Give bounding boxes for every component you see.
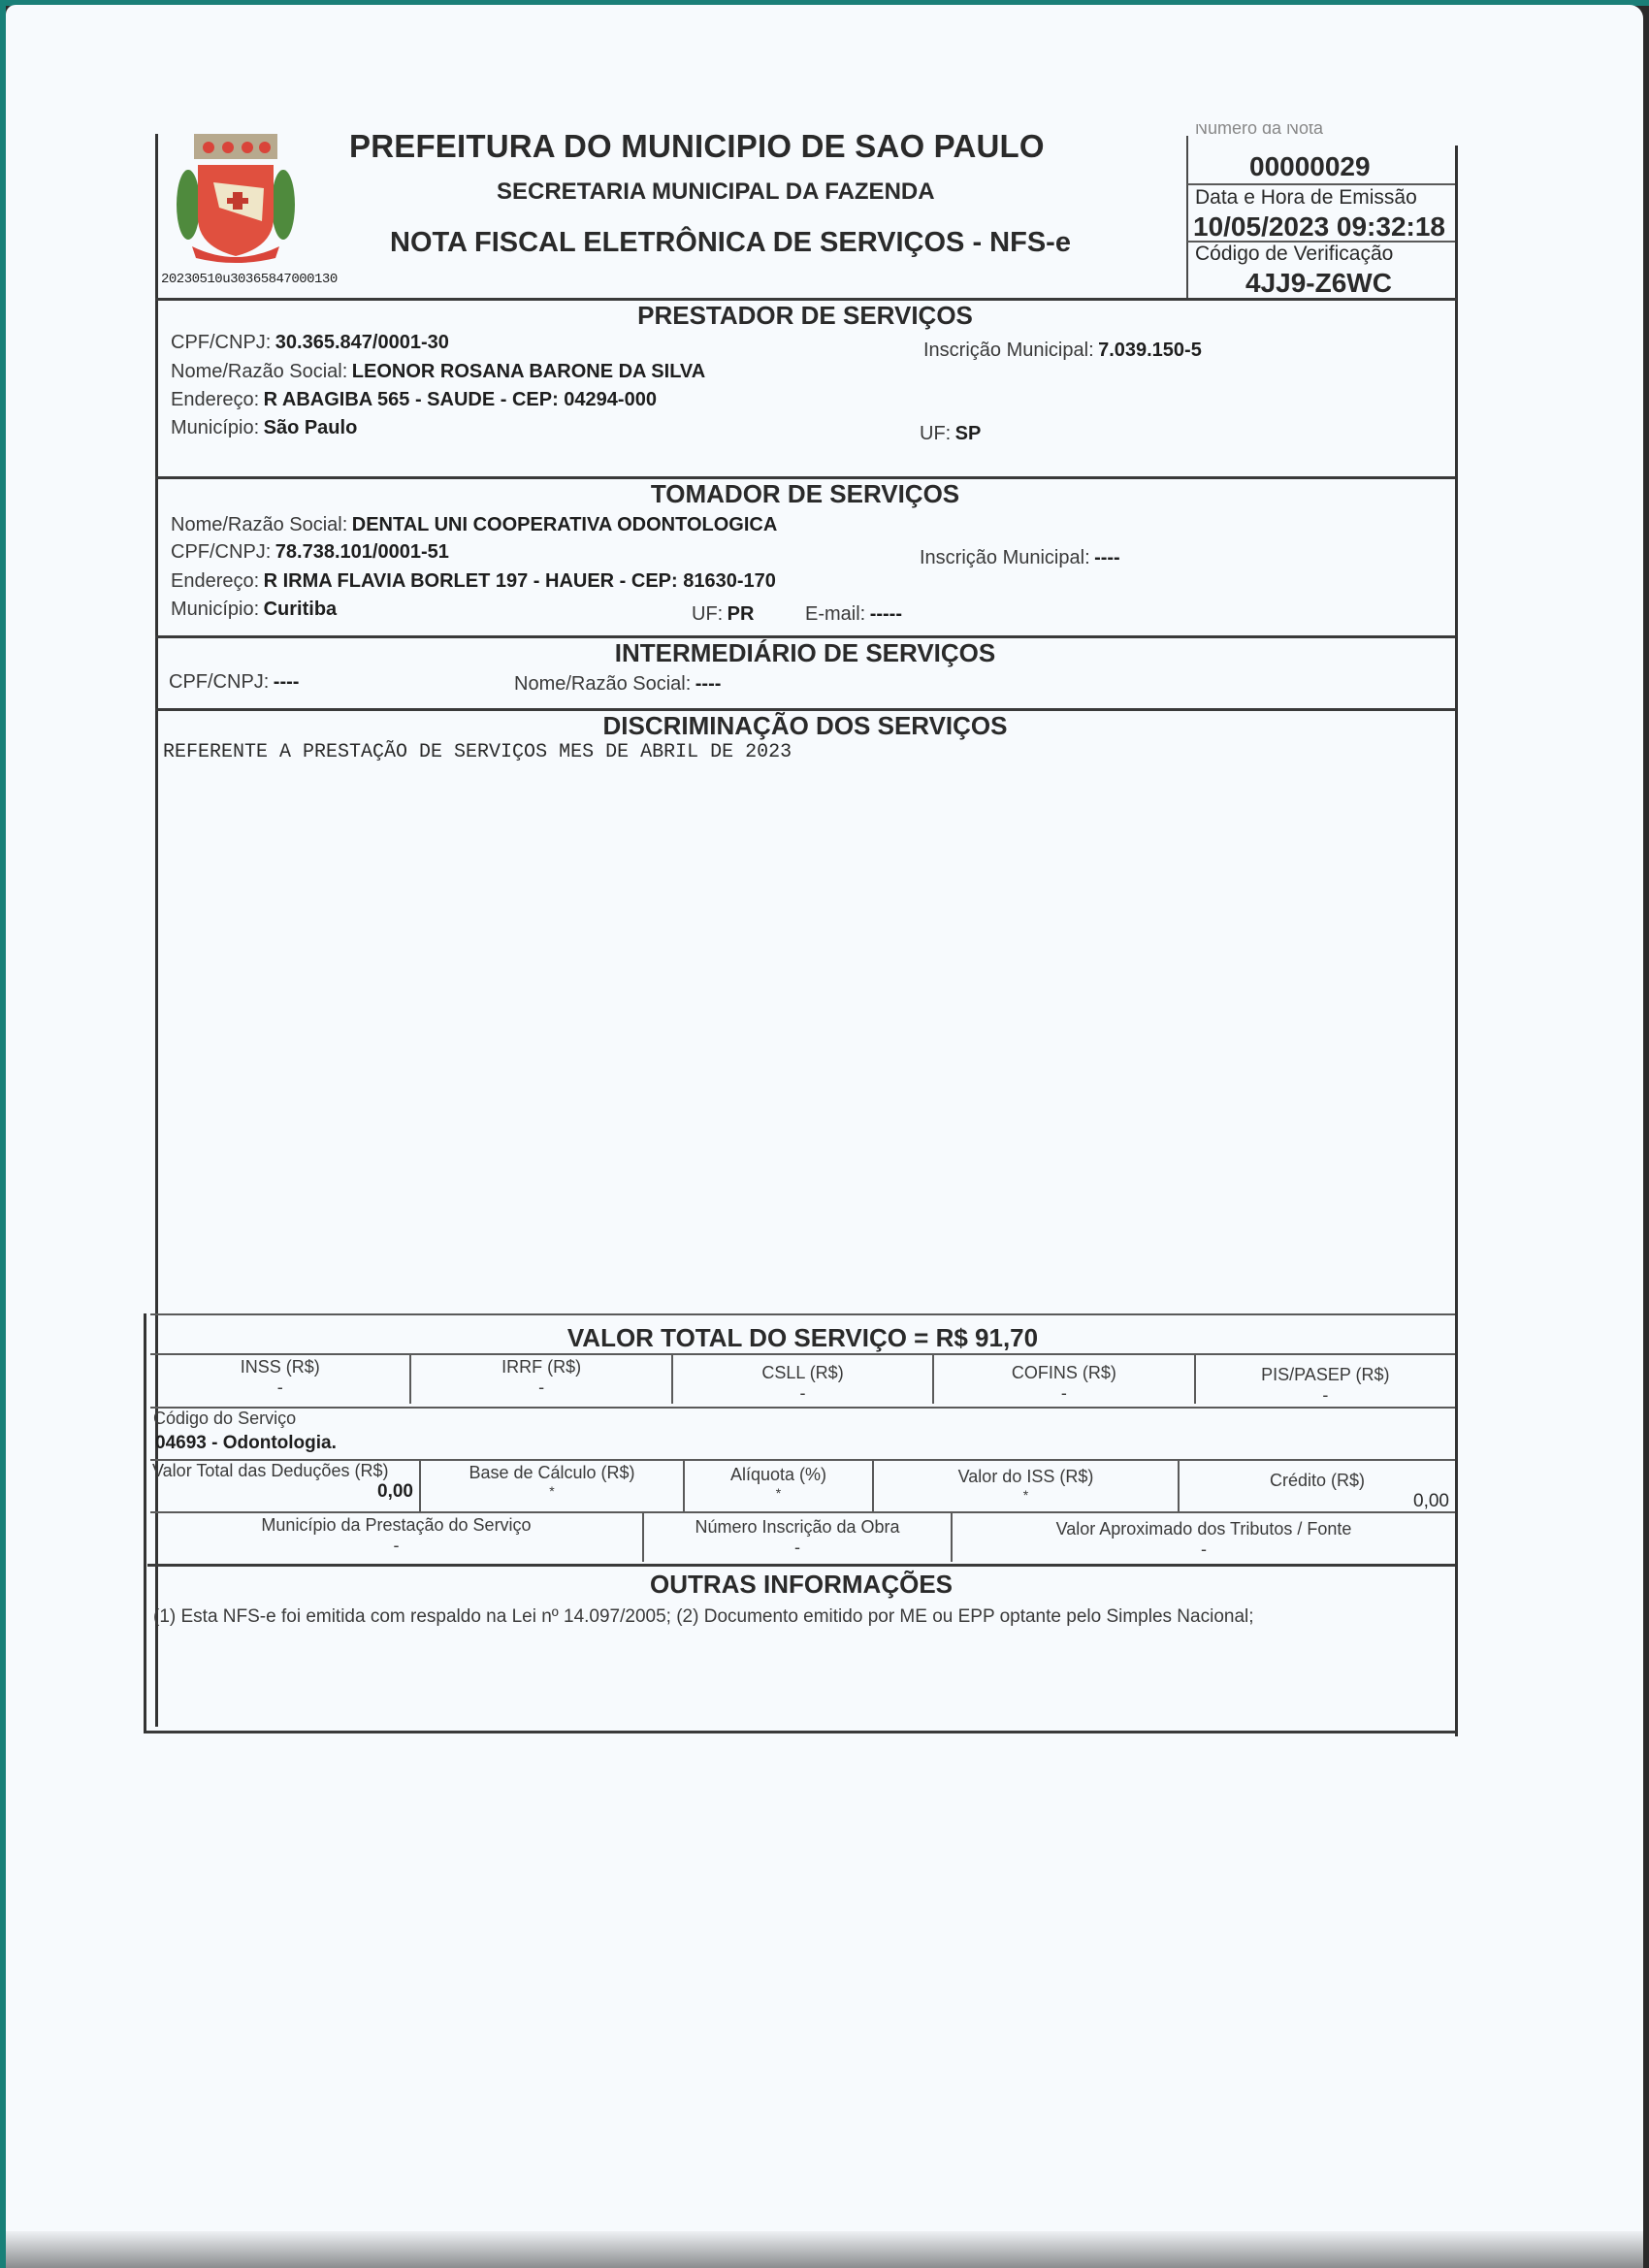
codigo-verificacao-label: Código de Verificação bbox=[1195, 243, 1393, 266]
outras-title: OUTRAS INFORMAÇÕES bbox=[147, 1570, 1455, 1600]
header-prefeitura: PREFEITURA DO MUNICIPIO DE SAO PAULO bbox=[349, 128, 1045, 165]
discriminacao-bottom-border bbox=[150, 1313, 1455, 1315]
tributo-label: IRRF (R$) bbox=[411, 1355, 670, 1377]
tomador-email: ----- bbox=[870, 603, 902, 625]
data-emissao-label: Data e Hora de Emissão bbox=[1195, 186, 1417, 210]
prestador-inscricao-row: Inscrição Municipal: 7.039.150-5 bbox=[923, 340, 1202, 362]
prestador-nome-row: Nome/Razão Social: LEONOR ROSANA BARONE … bbox=[171, 361, 705, 383]
document-code: 20230510u30365847000130 bbox=[161, 272, 338, 287]
valor-iss-label: Valor do ISS (R$) bbox=[874, 1461, 1178, 1487]
deducoes-label: Valor Total das Deduções (R$) bbox=[150, 1461, 419, 1481]
municipio-prestacao-label: Município da Prestação do Serviço bbox=[150, 1513, 642, 1536]
header-secretaria: SECRETARIA MUNICIPAL DA FAZENDA bbox=[497, 178, 935, 206]
prestador-uf-row: UF: SP bbox=[920, 423, 981, 445]
intermediario-nome: ---- bbox=[695, 673, 722, 695]
prestador-municipio-label: Município: bbox=[171, 417, 259, 438]
tomador-title: TOMADOR DE SERVIÇOS bbox=[155, 479, 1455, 509]
prestador-inscricao-label: Inscrição Municipal: bbox=[923, 340, 1094, 361]
credito-label: Crédito (R$) bbox=[1180, 1461, 1455, 1491]
codigo-servico-label: Código do Serviço bbox=[153, 1409, 296, 1429]
tomador-cpf-label: CPF/CNPJ: bbox=[171, 541, 271, 563]
tomador-nome-label: Nome/Razão Social: bbox=[171, 514, 347, 535]
discriminacao-text: REFERENTE A PRESTAÇÃO DE SERVIÇOS MES DE… bbox=[163, 741, 792, 763]
tomador-inscricao-row: Inscrição Municipal: ---- bbox=[920, 547, 1120, 569]
obra-bottom-border bbox=[147, 1564, 1455, 1567]
prestador-endereco: R ABAGIBA 565 - SAUDE - CEP: 04294-000 bbox=[264, 389, 657, 410]
prestador-cpf-row: CPF/CNPJ: 30.365.847/0001-30 bbox=[171, 332, 449, 354]
intermediario-cpf-label: CPF/CNPJ: bbox=[169, 671, 269, 693]
municipio-prestacao-cell: Município da Prestação do Serviço - bbox=[150, 1513, 644, 1562]
prestador-endereco-row: Endereço: R ABAGIBA 565 - SAUDE - CEP: 0… bbox=[171, 389, 657, 411]
base-calculo-value: * bbox=[421, 1483, 683, 1499]
numero-nota-label: Número da Nota bbox=[1195, 124, 1323, 140]
form-left-border-lower bbox=[144, 1313, 146, 1733]
sao-paulo-coat-of-arms-icon bbox=[175, 132, 297, 268]
tomador-endereco-row: Endereço: R IRMA FLAVIA BORLET 197 - HAU… bbox=[171, 570, 776, 593]
tomador-cpf-row: CPF/CNPJ: 78.738.101/0001-51 bbox=[171, 541, 449, 564]
tributo-value: - bbox=[934, 1383, 1193, 1404]
iss-row: Valor Total das Deduções (R$) 0,00 Base … bbox=[150, 1461, 1455, 1511]
tomador-endereco: R IRMA FLAVIA BORLET 197 - HAUER - CEP: … bbox=[264, 570, 776, 592]
tomador-municipio: Curitiba bbox=[264, 599, 338, 620]
tomador-inscricao: ---- bbox=[1094, 547, 1120, 568]
header-nfse-title: NOTA FISCAL ELETRÔNICA DE SERVIÇOS - NFS… bbox=[390, 227, 1071, 259]
prestador-title: PRESTADOR DE SERVIÇOS bbox=[155, 301, 1455, 331]
aliquota-cell: Alíquota (%) * bbox=[685, 1461, 874, 1511]
tomador-email-label: E-mail: bbox=[805, 603, 865, 625]
valor-iss-cell: Valor do ISS (R$) * bbox=[874, 1461, 1180, 1511]
intermediario-cpf-row: CPF/CNPJ: ---- bbox=[169, 671, 299, 694]
tributo-csll: CSLL (R$) - bbox=[671, 1355, 932, 1404]
tomador-municipio-label: Município: bbox=[171, 599, 259, 620]
valor-iss-value: * bbox=[874, 1487, 1178, 1503]
tributos-aproximados-label: Valor Aproximado dos Tributos / Fonte bbox=[953, 1513, 1455, 1539]
valor-total: VALOR TOTAL DO SERVIÇO = R$ 91,70 bbox=[150, 1323, 1455, 1353]
base-calculo-cell: Base de Cálculo (R$) * bbox=[421, 1461, 685, 1511]
tributo-cofins: COFINS (R$) - bbox=[932, 1355, 1193, 1404]
form-right-border bbox=[1455, 146, 1458, 1736]
inscricao-obra-cell: Número Inscrição da Obra - bbox=[644, 1513, 953, 1562]
tributo-value: - bbox=[411, 1377, 670, 1398]
tributo-inss: INSS (R$) - bbox=[150, 1355, 409, 1404]
prestador-nome-label: Nome/Razão Social: bbox=[171, 361, 347, 382]
credito-cell: Crédito (R$) 0,00 bbox=[1180, 1461, 1455, 1511]
prestador-uf: SP bbox=[955, 423, 982, 444]
data-emissao: 10/05/2023 09:32:18 bbox=[1193, 211, 1445, 243]
tributo-label: INSS (R$) bbox=[150, 1355, 409, 1377]
tomador-email-row: E-mail: ----- bbox=[805, 603, 902, 626]
tributo-irrf: IRRF (R$) - bbox=[409, 1355, 670, 1404]
inscricao-obra-value: - bbox=[644, 1538, 951, 1558]
tributo-value: - bbox=[1196, 1385, 1455, 1406]
tomador-inscricao-label: Inscrição Municipal: bbox=[920, 547, 1090, 568]
codigo-verificacao: 4JJ9-Z6WC bbox=[1245, 268, 1392, 299]
aliquota-value: * bbox=[685, 1485, 872, 1501]
tributo-value: - bbox=[673, 1383, 932, 1404]
intermediario-nome-label: Nome/Razão Social: bbox=[514, 673, 691, 695]
header-right-box-divider bbox=[1186, 136, 1188, 301]
intermediario-nome-row: Nome/Razão Social: ---- bbox=[514, 673, 721, 696]
numero-nota: 00000029 bbox=[1249, 151, 1371, 182]
page-bottom-shadow bbox=[6, 2231, 1643, 2268]
form-bottom-border bbox=[144, 1731, 1455, 1733]
tomador-uf-label: UF: bbox=[692, 603, 723, 625]
tomador-municipio-row: Município: Curitiba bbox=[171, 599, 337, 621]
municipio-prestacao-value: - bbox=[150, 1536, 642, 1556]
tributo-label: CSLL (R$) bbox=[673, 1355, 932, 1383]
deducoes-value: 0,00 bbox=[150, 1481, 419, 1503]
divider bbox=[1187, 183, 1455, 185]
tributo-pispasep: PIS/PASEP (R$) - bbox=[1194, 1355, 1455, 1404]
base-calculo-label: Base de Cálculo (R$) bbox=[421, 1461, 683, 1483]
tomador-nome-row: Nome/Razão Social: DENTAL UNI COOPERATIV… bbox=[171, 514, 777, 536]
tomador-cpf: 78.738.101/0001-51 bbox=[275, 541, 449, 563]
intermediario-cpf: ---- bbox=[274, 671, 300, 693]
prestador-nome: LEONOR ROSANA BARONE DA SILVA bbox=[352, 361, 705, 382]
credito-value: 0,00 bbox=[1180, 1491, 1455, 1512]
prestador-cpf: 30.365.847/0001-30 bbox=[275, 332, 449, 353]
tributo-value: - bbox=[150, 1377, 409, 1398]
prestador-endereco-label: Endereço: bbox=[171, 389, 259, 410]
tomador-nome: DENTAL UNI COOPERATIVA ODONTOLOGICA bbox=[352, 514, 778, 535]
tributos-row: INSS (R$) - IRRF (R$) - CSLL (R$) - COFI… bbox=[150, 1355, 1455, 1404]
prestador-cpf-label: CPF/CNPJ: bbox=[171, 332, 271, 353]
inscricao-obra-label: Número Inscrição da Obra bbox=[644, 1513, 951, 1538]
aliquota-label: Alíquota (%) bbox=[685, 1461, 872, 1485]
tributo-label: PIS/PASEP (R$) bbox=[1196, 1355, 1455, 1385]
tomador-uf: PR bbox=[727, 603, 755, 625]
prestador-uf-label: UF: bbox=[920, 423, 951, 444]
intermediario-title: INTERMEDIÁRIO DE SERVIÇOS bbox=[155, 638, 1455, 668]
discriminacao-title: DISCRIMINAÇÃO DOS SERVIÇOS bbox=[155, 711, 1455, 741]
prestador-municipio: São Paulo bbox=[264, 417, 358, 438]
prestador-inscricao: 7.039.150-5 bbox=[1098, 340, 1202, 361]
tomador-endereco-label: Endereço: bbox=[171, 570, 259, 592]
deducoes-cell: Valor Total das Deduções (R$) 0,00 bbox=[150, 1461, 421, 1511]
codigo-servico: 04693 - Odontologia. bbox=[155, 1433, 337, 1454]
prestador-municipio-row: Município: São Paulo bbox=[171, 417, 357, 439]
divider bbox=[150, 1407, 1455, 1409]
tributo-label: COFINS (R$) bbox=[934, 1355, 1193, 1383]
tributos-aproximados-value: - bbox=[953, 1539, 1455, 1560]
tomador-uf-row: UF: PR bbox=[692, 603, 754, 626]
obra-row: Município da Prestação do Serviço - Núme… bbox=[150, 1513, 1455, 1562]
tributos-aproximados-cell: Valor Aproximado dos Tributos / Fonte - bbox=[953, 1513, 1455, 1562]
outras-text: (1) Esta NFS-e foi emitida com respaldo … bbox=[153, 1606, 1375, 1628]
